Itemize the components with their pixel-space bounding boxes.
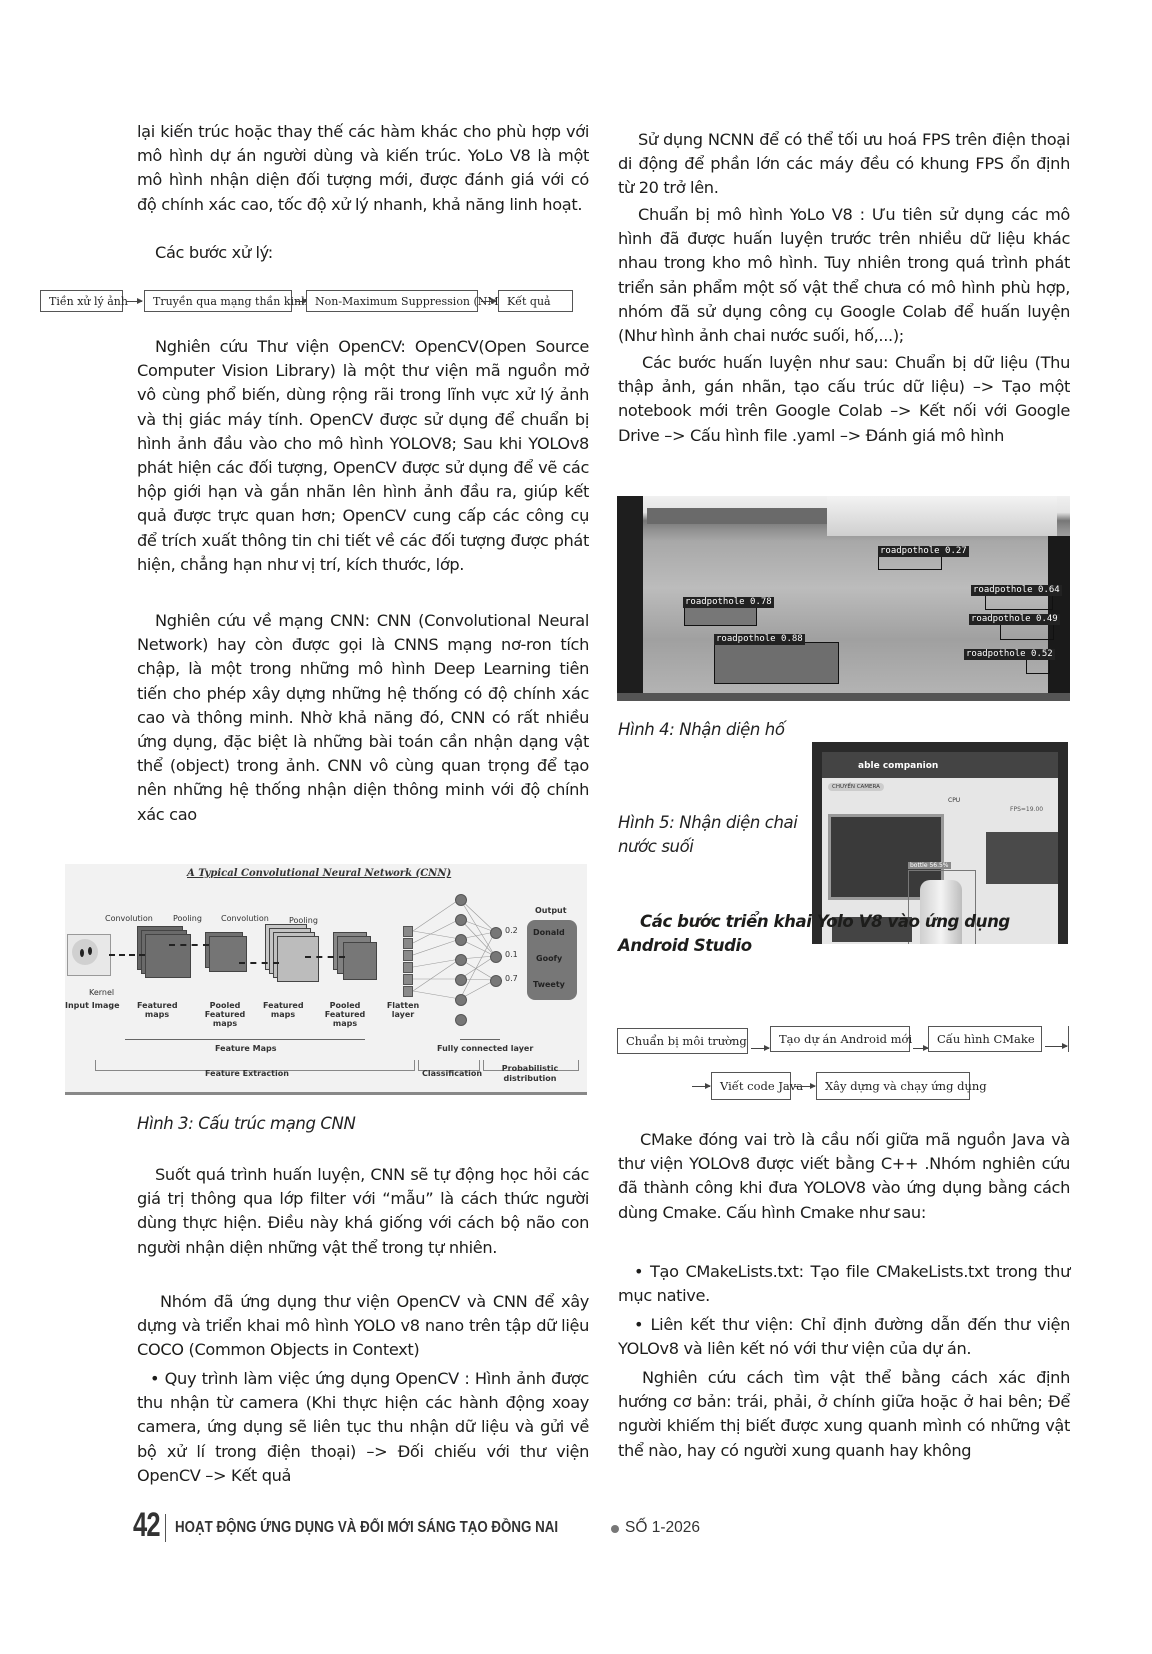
hidden-layer-nodes — [455, 1014, 467, 1026]
figure4-caption: Hình 4: Nhận diện hố — [618, 718, 785, 742]
deploy-step-build-run: Xây dựng và chạy ứng dụng — [816, 1072, 970, 1100]
footer-divider — [165, 1514, 166, 1542]
output-prob-goofy: 0.1 — [505, 950, 518, 959]
output-prob-donald: 0.2 — [505, 926, 518, 935]
paragraph-training: Suốt quá trình huấn luyện, CNN sẽ tự độn… — [137, 1163, 589, 1260]
label-pooled-maps-2: Pooled Featured maps — [315, 1001, 375, 1028]
terminal-sidebar — [617, 496, 643, 696]
output-class-donald: Donald — [533, 928, 565, 937]
output-prob-tweety: 0.7 — [505, 974, 518, 983]
paragraph-prepare-model: Chuẩn bị mô hình YoLo V8 : Ưu tiên sử dụ… — [618, 203, 1070, 348]
detection-label: roadpothole 0.88 — [714, 634, 805, 645]
deploy-steps-heading: Các bước triển khai Yolo V8 vào ứng dụng… — [618, 910, 1070, 958]
detection-label: roadpothole 0.78 — [683, 597, 774, 608]
deploy-step-new-project: Tạo dự án Android mới — [770, 1026, 910, 1052]
label-feature-extraction: Feature Extraction — [205, 1069, 289, 1078]
bullet-cmakelists: • Tạo CMakeLists.txt: Tạo file CMakeList… — [618, 1260, 1070, 1308]
paragraph-ncnn: Sử dụng NCNN để có thể tối ưu hoá FPS tr… — [618, 128, 1070, 201]
detection-label: roadpothole 0.49 — [969, 614, 1060, 625]
label-input-image: Input Image — [65, 1001, 120, 1010]
label-convolution-2: Convolution — [221, 914, 269, 923]
output-classes-box: Donald Goofy Tweety — [527, 920, 577, 1000]
paragraph-cnn: Nghiên cứu về mạng CNN: CNN (Convolution… — [137, 609, 589, 827]
fps-text: FPS=19.00 — [1010, 806, 1043, 813]
label-featured-maps-1: Featured maps — [137, 1001, 177, 1019]
page-footer: 42 HOẠT ĐỘNG ỨNG DỤNG VÀ ĐỔI MỚI SÁNG TẠ… — [133, 1506, 833, 1550]
deploy-flow-diagram: Chuẩn bị môi trường Tạo dự án Android mớ… — [617, 1028, 1077, 1108]
issue-number: SỐ 1-2026 — [625, 1519, 700, 1537]
flatten-layer — [403, 986, 413, 997]
paragraph-cmake: CMake đóng vai trò là cầu nối giữa mã ng… — [618, 1128, 1070, 1225]
output-class-tweety: Tweety — [533, 980, 565, 989]
pothole-detection-photo: roadpothole 0.27 roadpothole 0.64 roadpo… — [617, 496, 1070, 701]
output-class-goofy: Goofy — [536, 954, 562, 963]
label-featured-maps-2: Featured maps — [263, 1001, 303, 1019]
flow-step-label: Tiền xử lý ảnh — [49, 295, 128, 308]
figure5-caption: Hình 5: Nhận diện chai nước suối — [618, 811, 798, 859]
cnn-diagram: A Typical Convolutional Neural Network (… — [65, 864, 587, 1095]
paragraph-intro: lại kiến trúc hoặc thay thế các hàm khác… — [137, 120, 589, 217]
paragraph-direction: Nghiên cứu cách tìm vật thể bằng cách xá… — [618, 1366, 1070, 1463]
app-title: able companion — [858, 761, 938, 771]
arrow-icon — [481, 301, 496, 302]
label-pooling-1: Pooling — [173, 914, 202, 923]
feature-maps-span-arrow — [125, 1039, 365, 1040]
flow-step-label: Chuẩn bị môi trường — [626, 1034, 747, 1048]
deploy-step-environment: Chuẩn bị môi trường — [617, 1028, 748, 1054]
label-feature-maps: Feature Maps — [215, 1044, 277, 1053]
bottle-detection-label: bottle 56.5% — [908, 862, 951, 869]
cnn-diagram-title: A Typical Convolutional Neural Network (… — [187, 868, 451, 879]
arrow-icon — [913, 1048, 928, 1049]
arrow-icon — [794, 1086, 815, 1087]
page-number: 42 — [133, 1506, 160, 1545]
detection-label: roadpothole 0.64 — [971, 585, 1062, 596]
arrow-icon — [692, 1086, 710, 1087]
kernel-label: Kernel — [89, 988, 114, 997]
output-layer-nodes — [490, 975, 502, 987]
flow-step-label: Cấu hình CMake — [937, 1032, 1035, 1046]
device-select[interactable]: CPU — [948, 797, 960, 804]
switch-camera-button[interactable]: CHUYỂN CAMERA — [828, 783, 884, 791]
label-convolution-1: Convolution — [105, 914, 153, 923]
flow-step-neural-net: Truyền qua mạng thần kinh — [144, 290, 292, 312]
flow-step-nms: Non-Maximum Suppression (NMS) — [306, 290, 478, 312]
flow-step-label: Xây dựng và chạy ứng dụng — [825, 1079, 987, 1093]
paragraph-group: Nhóm đã ứng dụng thư viện OpenCV và CNN … — [137, 1290, 589, 1363]
figure3-caption: Hình 3: Cấu trúc mạng CNN — [137, 1112, 355, 1136]
paragraph-opencv: Nghiên cứu Thư viện OpenCV: OpenCV(Open … — [137, 335, 589, 577]
featured-maps-1 — [145, 934, 191, 978]
flow-step-preprocess: Tiền xử lý ảnh — [40, 290, 123, 312]
label-classification: Classification — [422, 1069, 482, 1078]
flow-step-label: Kết quả — [507, 295, 551, 308]
bullet-link-library: • Liên kết thư viện: Chỉ định đường dẫn … — [618, 1313, 1070, 1361]
flow-step-label: Viết code Java — [720, 1079, 803, 1093]
deploy-step-java: Viết code Java — [711, 1072, 791, 1100]
magazine-title: HOẠT ĐỘNG ỨNG DỤNG VÀ ĐỔI MỚI SÁNG TẠO Đ… — [175, 1519, 558, 1537]
featured-maps-2 — [277, 936, 319, 982]
flow-step-result: Kết quả — [498, 290, 573, 312]
flow-step-label: Truyền qua mạng thần kinh — [153, 295, 308, 308]
bullet-dot-icon — [611, 1525, 619, 1533]
pooled-maps-2 — [343, 942, 377, 980]
detection-label: roadpothole 0.27 — [878, 546, 969, 557]
label-fully-connected: Fully connected layer — [437, 1044, 533, 1053]
paragraph-workflow: • Quy trình làm việc ứng dụng OpenCV : H… — [137, 1367, 589, 1488]
label-flatten-layer: Flatten layer — [385, 1001, 421, 1019]
processing-flow-diagram: Tiền xử lý ảnh Truyền qua mạng thần kinh… — [40, 290, 590, 320]
input-image-thumbnail — [67, 934, 111, 976]
arrow-icon — [1045, 1046, 1067, 1047]
pooled-maps-1 — [209, 936, 247, 972]
detection-label: roadpothole 0.52 — [964, 649, 1055, 660]
label-probabilistic-distribution: Probabilistic distribution — [495, 1064, 565, 1084]
output-label: Output — [535, 906, 567, 915]
monitor-right — [986, 832, 1058, 884]
label-pooled-maps-1: Pooled Featured maps — [195, 1001, 255, 1028]
arrow-icon — [126, 301, 142, 302]
paragraph-training-steps: Các bước huấn luyện như sau: Chuẩn bị dữ… — [618, 351, 1070, 448]
deploy-step-cmake: Cấu hình CMake — [928, 1026, 1042, 1052]
arrow-icon — [751, 1048, 769, 1049]
flow-step-label: Tạo dự án Android mới — [779, 1032, 912, 1046]
processing-steps-label: Các bước xử lý: — [155, 241, 575, 265]
